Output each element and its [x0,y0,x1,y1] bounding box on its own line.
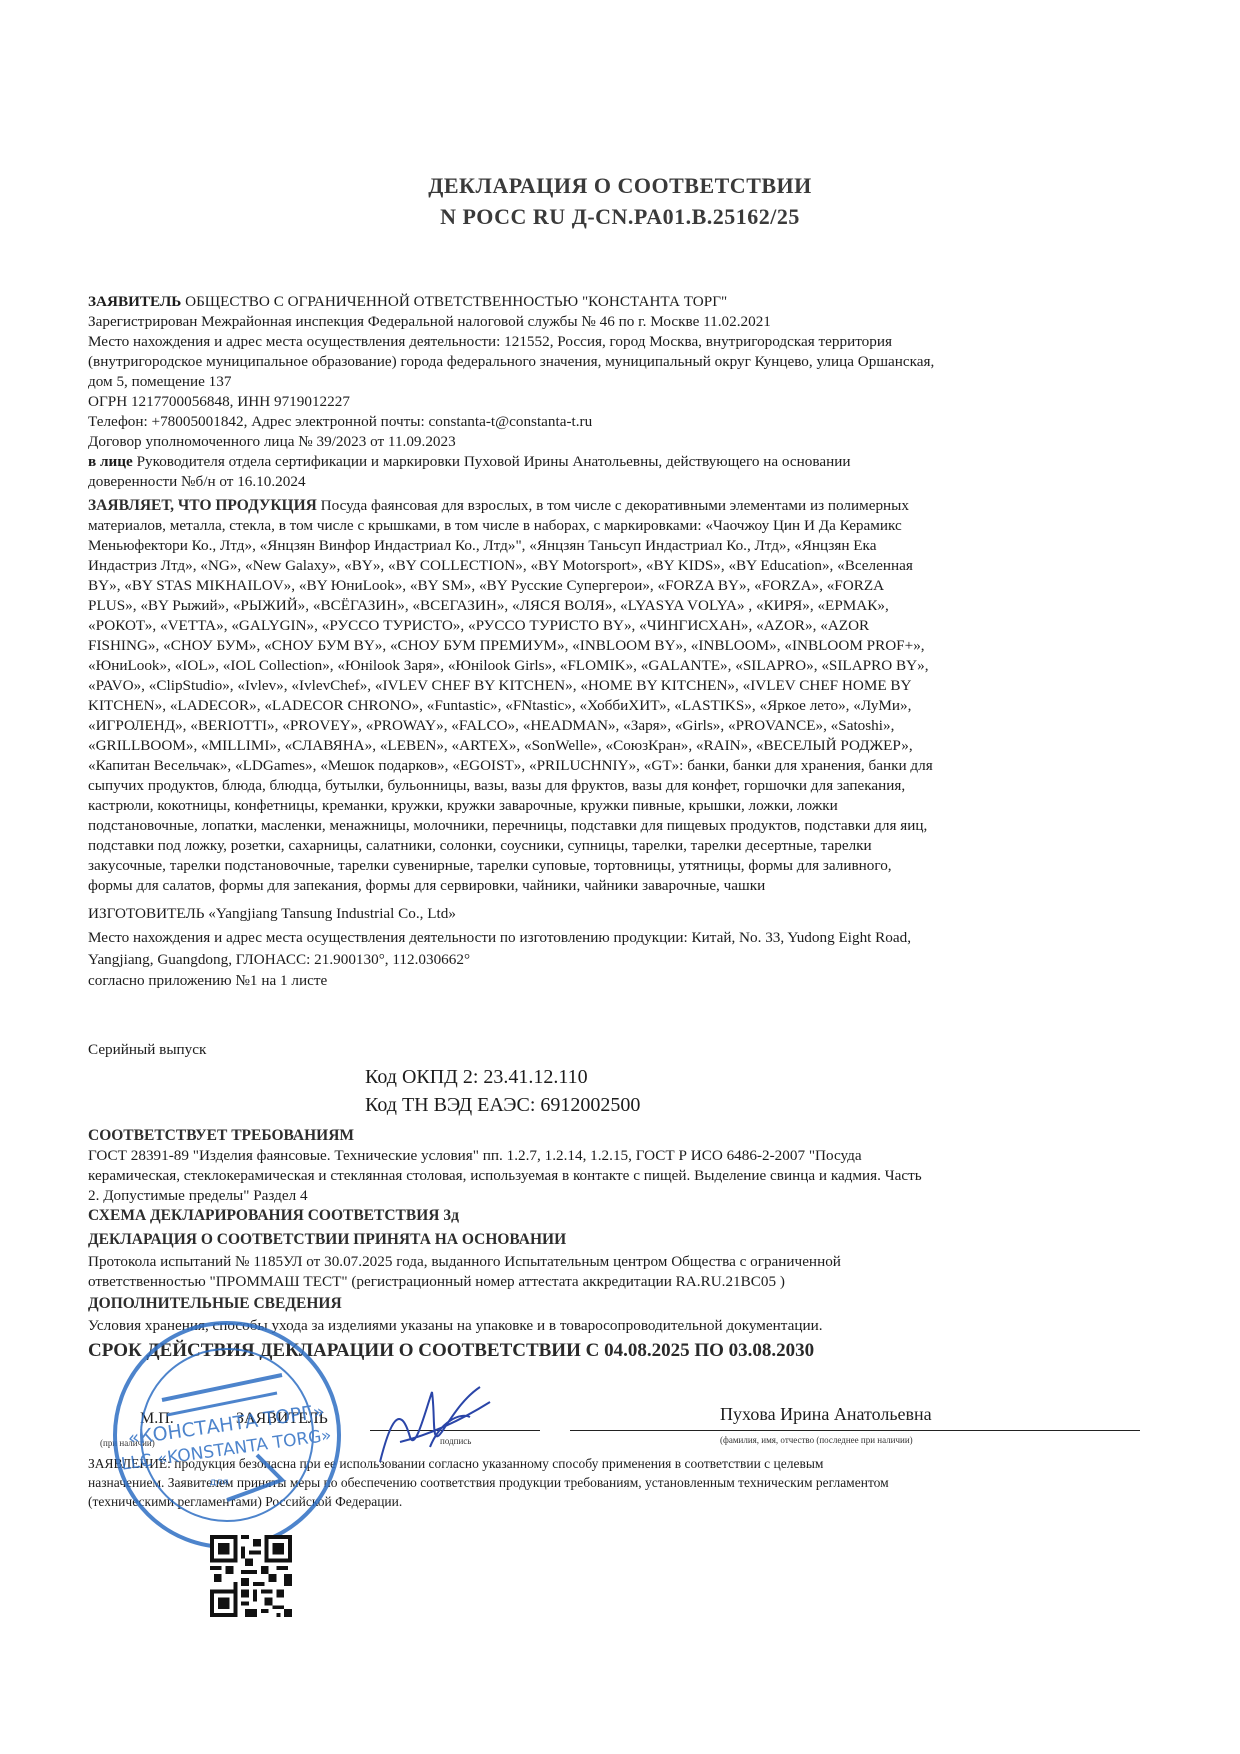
requirements-line-2: керамическая, стеклокерамическая и стекл… [88,1166,1148,1186]
product-line: Индастриз Лтд», «NG», «New Galaxy», «BY»… [88,556,1148,576]
manufacturer-address-1: Место нахождения и адрес места осуществл… [88,928,1148,948]
product-line: «ЮниLook», «IOL», «IOL Collection», «Юнi… [88,656,1148,676]
product-line: подставки под ложку, розетки, сахарницы,… [88,836,1148,856]
applicant-contract: Договор уполномоченного лица № 39/2023 о… [88,432,1148,452]
production-type: Серийный выпуск [88,1040,1148,1060]
manufacturer-label: ИЗГОТОВИТЕЛЬ [88,905,204,922]
company-stamp-icon: «КОНСТАНТА ТОРГ» LLC «KONSTANTA TORG» дл… [107,1315,347,1555]
applicant-line: ЗАЯВИТЕЛЬ ОБЩЕСТВО С ОГРАНИЧЕННОЙ ОТВЕТС… [88,292,1148,312]
applicant-registered: Зарегистрирован Межрайонная инспекция Фе… [88,312,1148,332]
manufacturer-appendix: согласно приложению №1 на 1 листе [88,971,1148,991]
okpd-code: Код ОКПД 2: 23.41.12.110 [365,1068,1240,1088]
scheme-value: 3д [443,1207,459,1224]
manufacturer-line: ИЗГОТОВИТЕЛЬ «Yangjiang Tansung Industri… [88,904,1148,924]
product-line: подстановочные, лопатки, масленки, менаж… [88,816,1148,836]
basis-label: ДЕКЛАРАЦИЯ О СООТВЕТСТВИИ ПРИНЯТА НА ОСН… [88,1230,1148,1250]
signature-icon [370,1382,500,1472]
document-title: ДЕКЛАРАЦИЯ О СООТВЕТСТВИИ [0,173,1240,199]
scheme-label: СХЕМА ДЕКЛАРИРОВАНИЯ СООТВЕТСТВИЯ [88,1207,439,1224]
applicant-power-of-attorney: доверенности №б/н от 16.10.2024 [88,472,1148,492]
additional-label: ДОПОЛНИТЕЛЬНЫЕ СВЕДЕНИЯ [88,1294,1148,1314]
applicant-address-2: (внутригородское муниципальное образован… [88,352,1148,372]
product-line: материалов, металла, стекла, в том числе… [88,516,1148,536]
product-text: Посуда фаянсовая для взрослых, в том чис… [321,497,909,514]
document-number: N РОСС RU Д-CN.PA01.B.25162/25 [0,204,1240,230]
signer-name: Пухова Ирина Анатольевна [720,1404,932,1425]
product-line: «ИГРОЛЕНД», «BERIOTTI», «PROVEY», «PROWA… [88,716,1148,736]
applicant-label: ЗАЯВИТЕЛЬ [88,293,181,310]
product-line: FISHING», «СНОУ БУМ», «СНОУ БУМ BY», «СН… [88,636,1148,656]
applicant-represented: в лице Руководителя отдела сертификации … [88,452,1148,472]
represented-text: Руководителя отдела сертификации и марки… [137,453,851,470]
requirements-label: СООТВЕТСТВУЕТ ТРЕБОВАНИЯМ [88,1126,1148,1146]
name-caption: (фамилия, имя, отчество (последнее при н… [720,1435,913,1445]
product-line: BY», «BY STAS MIKHAILOV», «BY ЮниLook», … [88,576,1148,596]
product-line: «PAVO», «ClipStudio», «Ivlev», «IvlevChe… [88,676,1148,696]
manufacturer-name: «Yangjiang Tansung Industrial Co., Ltd» [208,905,456,922]
product-line: сыпучих продуктов, блюда, блюдца, бутылк… [88,776,1148,796]
scheme-line: СХЕМА ДЕКЛАРИРОВАНИЯ СООТВЕТСТВИЯ 3д [88,1206,1148,1226]
product-line: «Капитан Весельчак», «LDGames», «Мешок п… [88,756,1148,776]
basis-line-2: ответственностью "ПРОММАШ ТЕСТ" (регистр… [88,1272,1148,1292]
product-line: формы для салатов, формы для запекания, … [88,876,1148,896]
qr-code-icon [210,1535,292,1617]
stamp-small: для [209,1477,228,1488]
applicant-address-3: дом 5, помещение 137 [88,372,1148,392]
product-line: «РОКОТ», «VETTA», «GALYGIN», «РУССО ТУРИ… [88,616,1148,636]
basis-line-1: Протокола испытаний № 1185УЛ от 30.07.20… [88,1252,1148,1272]
product-line: «GRILLBOOM», «MILLIMI», «СЛАВЯНА», «LEBE… [88,736,1148,756]
applicant-ogrn-inn: ОГРН 1217700056848, ИНН 9719012227 [88,392,1148,412]
represented-label: в лице [88,453,133,470]
applicant-address-1: Место нахождения и адрес места осуществл… [88,332,1148,352]
name-line [570,1430,1140,1431]
applicant-name: ОБЩЕСТВО С ОГРАНИЧЕННОЙ ОТВЕТСТВЕННОСТЬЮ… [185,293,727,310]
product-line-0: ЗАЯВЛЯЕТ, ЧТО ПРОДУКЦИЯ Посуда фаянсовая… [88,496,1148,516]
requirements-line-1: ГОСТ 28391-89 "Изделия фаянсовые. Технич… [88,1146,1148,1166]
product-line: закусочные, тарелки подстановочные, таре… [88,856,1148,876]
product-line: кастрюли, кокотницы, конфетницы, креманк… [88,796,1148,816]
applicant-contacts: Телефон: +78005001842, Адрес электронной… [88,412,1148,432]
tnved-code: Код ТН ВЭД ЕАЭС: 6912002500 [365,1096,1240,1116]
product-line: KITCHEN», «LADECOR», «LADECOR CHRONO», «… [88,696,1148,716]
manufacturer-address-2: Yangjiang, Guangdong, ГЛОНАСС: 21.900130… [88,950,1148,970]
product-line: Меньюфектори Ко., Лтд», «Янцзян Винфор И… [88,536,1148,556]
requirements-line-3: 2. Допустимые пределы" Раздел 4 [88,1186,1148,1206]
product-label: ЗАЯВЛЯЕТ, ЧТО ПРОДУКЦИЯ [88,497,317,514]
product-line: PLUS», «BY Рыжий», «РЫЖИЙ», «ВСЁГАЗИН», … [88,596,1148,616]
